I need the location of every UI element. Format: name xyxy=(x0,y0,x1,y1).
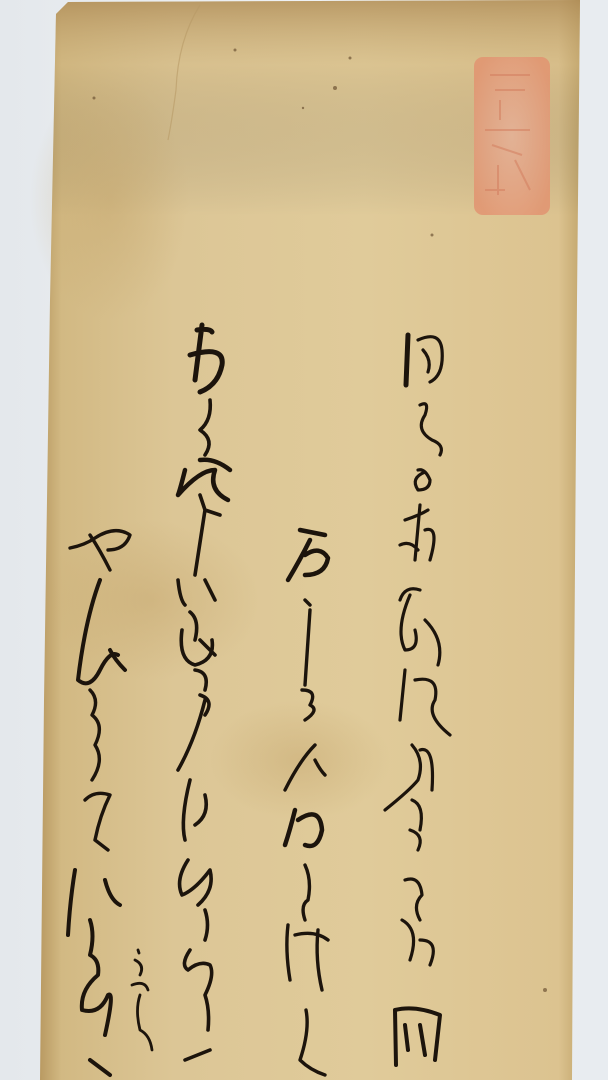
red-seal-stamp xyxy=(474,57,550,215)
photo-scene: 浦ゝも来艶淀乃さゝ乃雨 風ふくに倍りけん あしひ月八嵐乃山のさくら やひくまにと… xyxy=(0,0,608,1080)
calligraphy-paper xyxy=(0,0,608,1080)
